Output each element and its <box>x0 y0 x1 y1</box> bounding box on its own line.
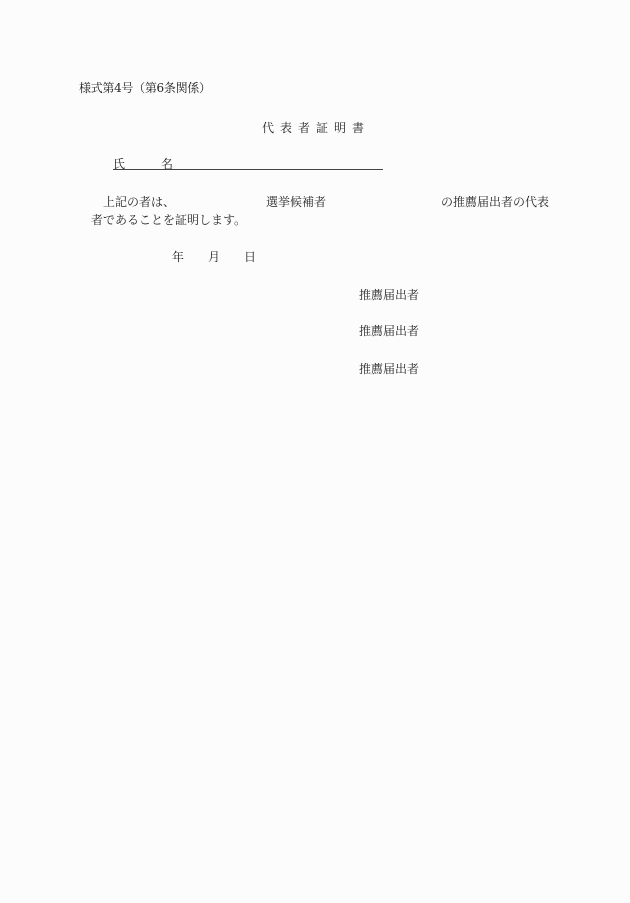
body-text-representative: の推薦届出者の代表 <box>441 193 549 210</box>
body-text-subject: 上記の者は、 <box>103 193 175 210</box>
recommender-1-label: 推薦届出者 <box>359 286 419 303</box>
date-month-label: 月 <box>208 248 244 265</box>
date-day-label: 日 <box>244 248 256 265</box>
name-field[interactable]: 氏 名 <box>113 155 383 170</box>
date-row: 年月日 <box>172 248 256 265</box>
document-title: 代表者証明書 <box>262 119 370 136</box>
recommender-2-label: 推薦届出者 <box>359 322 419 339</box>
body-text-candidate: 選挙候補者 <box>266 193 326 210</box>
date-year-label: 年 <box>172 248 208 265</box>
name-field-label: 氏 名 <box>113 155 185 172</box>
recommender-3-label: 推薦届出者 <box>359 360 419 377</box>
form-number-label: 様式第4号（第6条関係） <box>79 79 211 96</box>
body-text-certification: 者であることを証明します。 <box>91 211 246 228</box>
